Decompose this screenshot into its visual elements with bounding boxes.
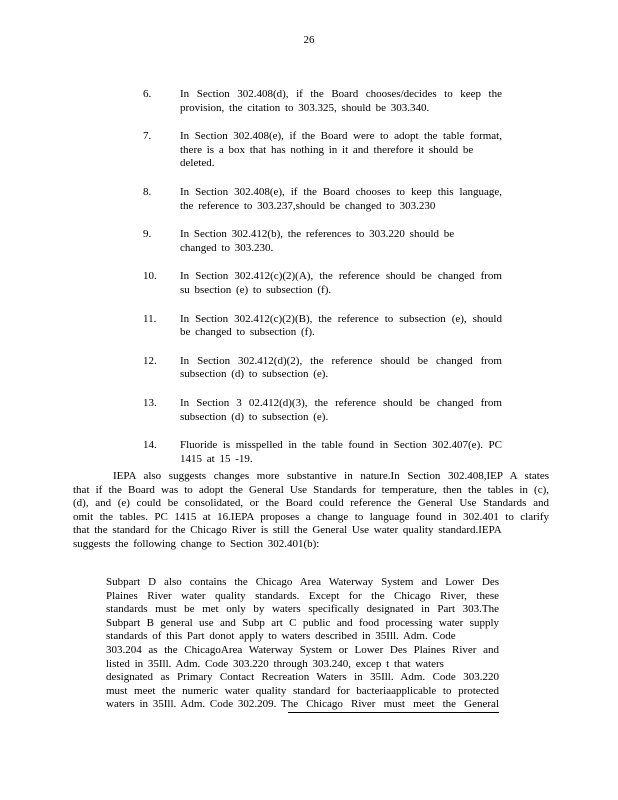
text-line: deleted. xyxy=(180,157,502,171)
list-item: 9.In Section 302.412(b), the references … xyxy=(143,228,503,255)
item-number: 6. xyxy=(143,88,180,102)
item-number: 8. xyxy=(143,186,180,200)
text-line: there is a box that has nothing in it an… xyxy=(180,144,502,158)
text-line: In Section 302.412(c)(2)(B), the referen… xyxy=(180,313,502,327)
numbered-list: 6.In Section 302.408(d), if the Board ch… xyxy=(143,88,503,481)
text-line: 303.204 as the ChicagoArea Waterway Syst… xyxy=(106,644,499,658)
text-line: that if the Board was to adopt the Gener… xyxy=(73,484,549,498)
main-paragraph: IEPA also suggests changes more substant… xyxy=(73,470,549,552)
text-line: In Section 302.408(e), if the Board choo… xyxy=(180,186,502,200)
text-line: omit the tables. PC 1415 at 16.IEPA prop… xyxy=(73,511,549,525)
item-number: 12. xyxy=(143,355,180,369)
list-item: 13.In Section 3 02.412(d)(3), the refere… xyxy=(143,397,503,424)
list-item: 11.In Section 302.412(c)(2)(B), the refe… xyxy=(143,313,503,340)
text-line: listed in 35Ill. Adm. Code 303.220 throu… xyxy=(106,658,499,672)
text-line: su bsection (e) to subsection (f). xyxy=(180,284,502,298)
text-line: standards of this Part donot apply to wa… xyxy=(106,630,499,644)
text-line: Subpart B general use and Subp art C pub… xyxy=(106,617,499,631)
text-line: must meet the numeric water quality stan… xyxy=(106,685,499,699)
text-line: Plaines River water quality standards. E… xyxy=(106,590,499,604)
text-line: the reference to 303.237,should be chang… xyxy=(180,200,502,214)
item-body: In Section 302.412(c)(2)(A), the referen… xyxy=(180,270,502,297)
text-line: In Section 302.412(c)(2)(A), the referen… xyxy=(180,270,502,284)
item-body: In Section 302.412(d)(2), the reference … xyxy=(180,355,502,382)
item-body: In Section 302.408(d), if the Board choo… xyxy=(180,88,502,115)
text-line: standards must be met only by waters spe… xyxy=(106,603,499,617)
text-line: In Section 302.408(e), if the Board were… xyxy=(180,130,502,144)
text-line: that the standard for the Chicago River … xyxy=(73,524,549,538)
underlined-text-segment: he Chicago River must meet the General xyxy=(288,698,499,713)
text-line: In Section 302.412(b), the references to… xyxy=(180,228,502,242)
item-body: In Section 3 02.412(d)(3), the reference… xyxy=(180,397,502,424)
item-body: In Section 302.408(e), if the Board choo… xyxy=(180,186,502,213)
item-number: 13. xyxy=(143,397,180,411)
text-line: 1415 at 15 -19. xyxy=(180,453,502,467)
text-line: Subpart D also contains the Chicago Area… xyxy=(106,576,499,590)
list-item: 14.Fluoride is misspelled in the table f… xyxy=(143,439,503,466)
text-line: (d), and (e) could be consolidated, or t… xyxy=(73,497,549,511)
text-line: In Section 3 02.412(d)(3), the reference… xyxy=(180,397,502,411)
text-line: subsection (d) to subsection (e). xyxy=(180,368,502,382)
text-line: subsection (d) to subsection (e). xyxy=(180,411,502,425)
document-page: { "page": { "number": "26", "background_… xyxy=(0,0,618,800)
page-number: 26 xyxy=(0,34,618,47)
text-line: In Section 302.412(d)(2), the reference … xyxy=(180,355,502,369)
text-line: In Section 302.408(d), if the Board choo… xyxy=(180,88,502,102)
list-item: 6.In Section 302.408(d), if the Board ch… xyxy=(143,88,503,115)
text-line: suggests the following change to Section… xyxy=(73,538,549,552)
text-segment: waters in 35Ill. Adm. Code 302.209. T xyxy=(106,698,288,713)
item-number: 10. xyxy=(143,270,180,284)
item-number: 14. xyxy=(143,439,180,453)
text-line: be changed to subsection (f). xyxy=(180,326,502,340)
blockquote: Subpart D also contains the Chicago Area… xyxy=(106,576,499,713)
text-line: IEPA also suggests changes more substant… xyxy=(73,470,549,484)
list-item: 7.In Section 302.408(e), if the Board we… xyxy=(143,130,503,171)
blockquote-last-line: waters in 35Ill. Adm. Code 302.209. The … xyxy=(106,698,499,713)
item-body: In Section 302.408(e), if the Board were… xyxy=(180,130,502,171)
text-line: designated as Primary Contact Recreation… xyxy=(106,671,499,685)
item-body: In Section 302.412(c)(2)(B), the referen… xyxy=(180,313,502,340)
text-line: provision, the citation to 303.325, shou… xyxy=(180,102,502,116)
text-line: changed to 303.230. xyxy=(180,242,502,256)
item-body: In Section 302.412(b), the references to… xyxy=(180,228,502,255)
list-item: 10.In Section 302.412(c)(2)(A), the refe… xyxy=(143,270,503,297)
item-number: 11. xyxy=(143,313,180,327)
item-number: 7. xyxy=(143,130,180,144)
item-number: 9. xyxy=(143,228,180,242)
item-body: Fluoride is misspelled in the table foun… xyxy=(180,439,502,466)
text-line: Fluoride is misspelled in the table foun… xyxy=(180,439,502,453)
list-item: 12.In Section 302.412(d)(2), the referen… xyxy=(143,355,503,382)
list-item: 8.In Section 302.408(e), if the Board ch… xyxy=(143,186,503,213)
